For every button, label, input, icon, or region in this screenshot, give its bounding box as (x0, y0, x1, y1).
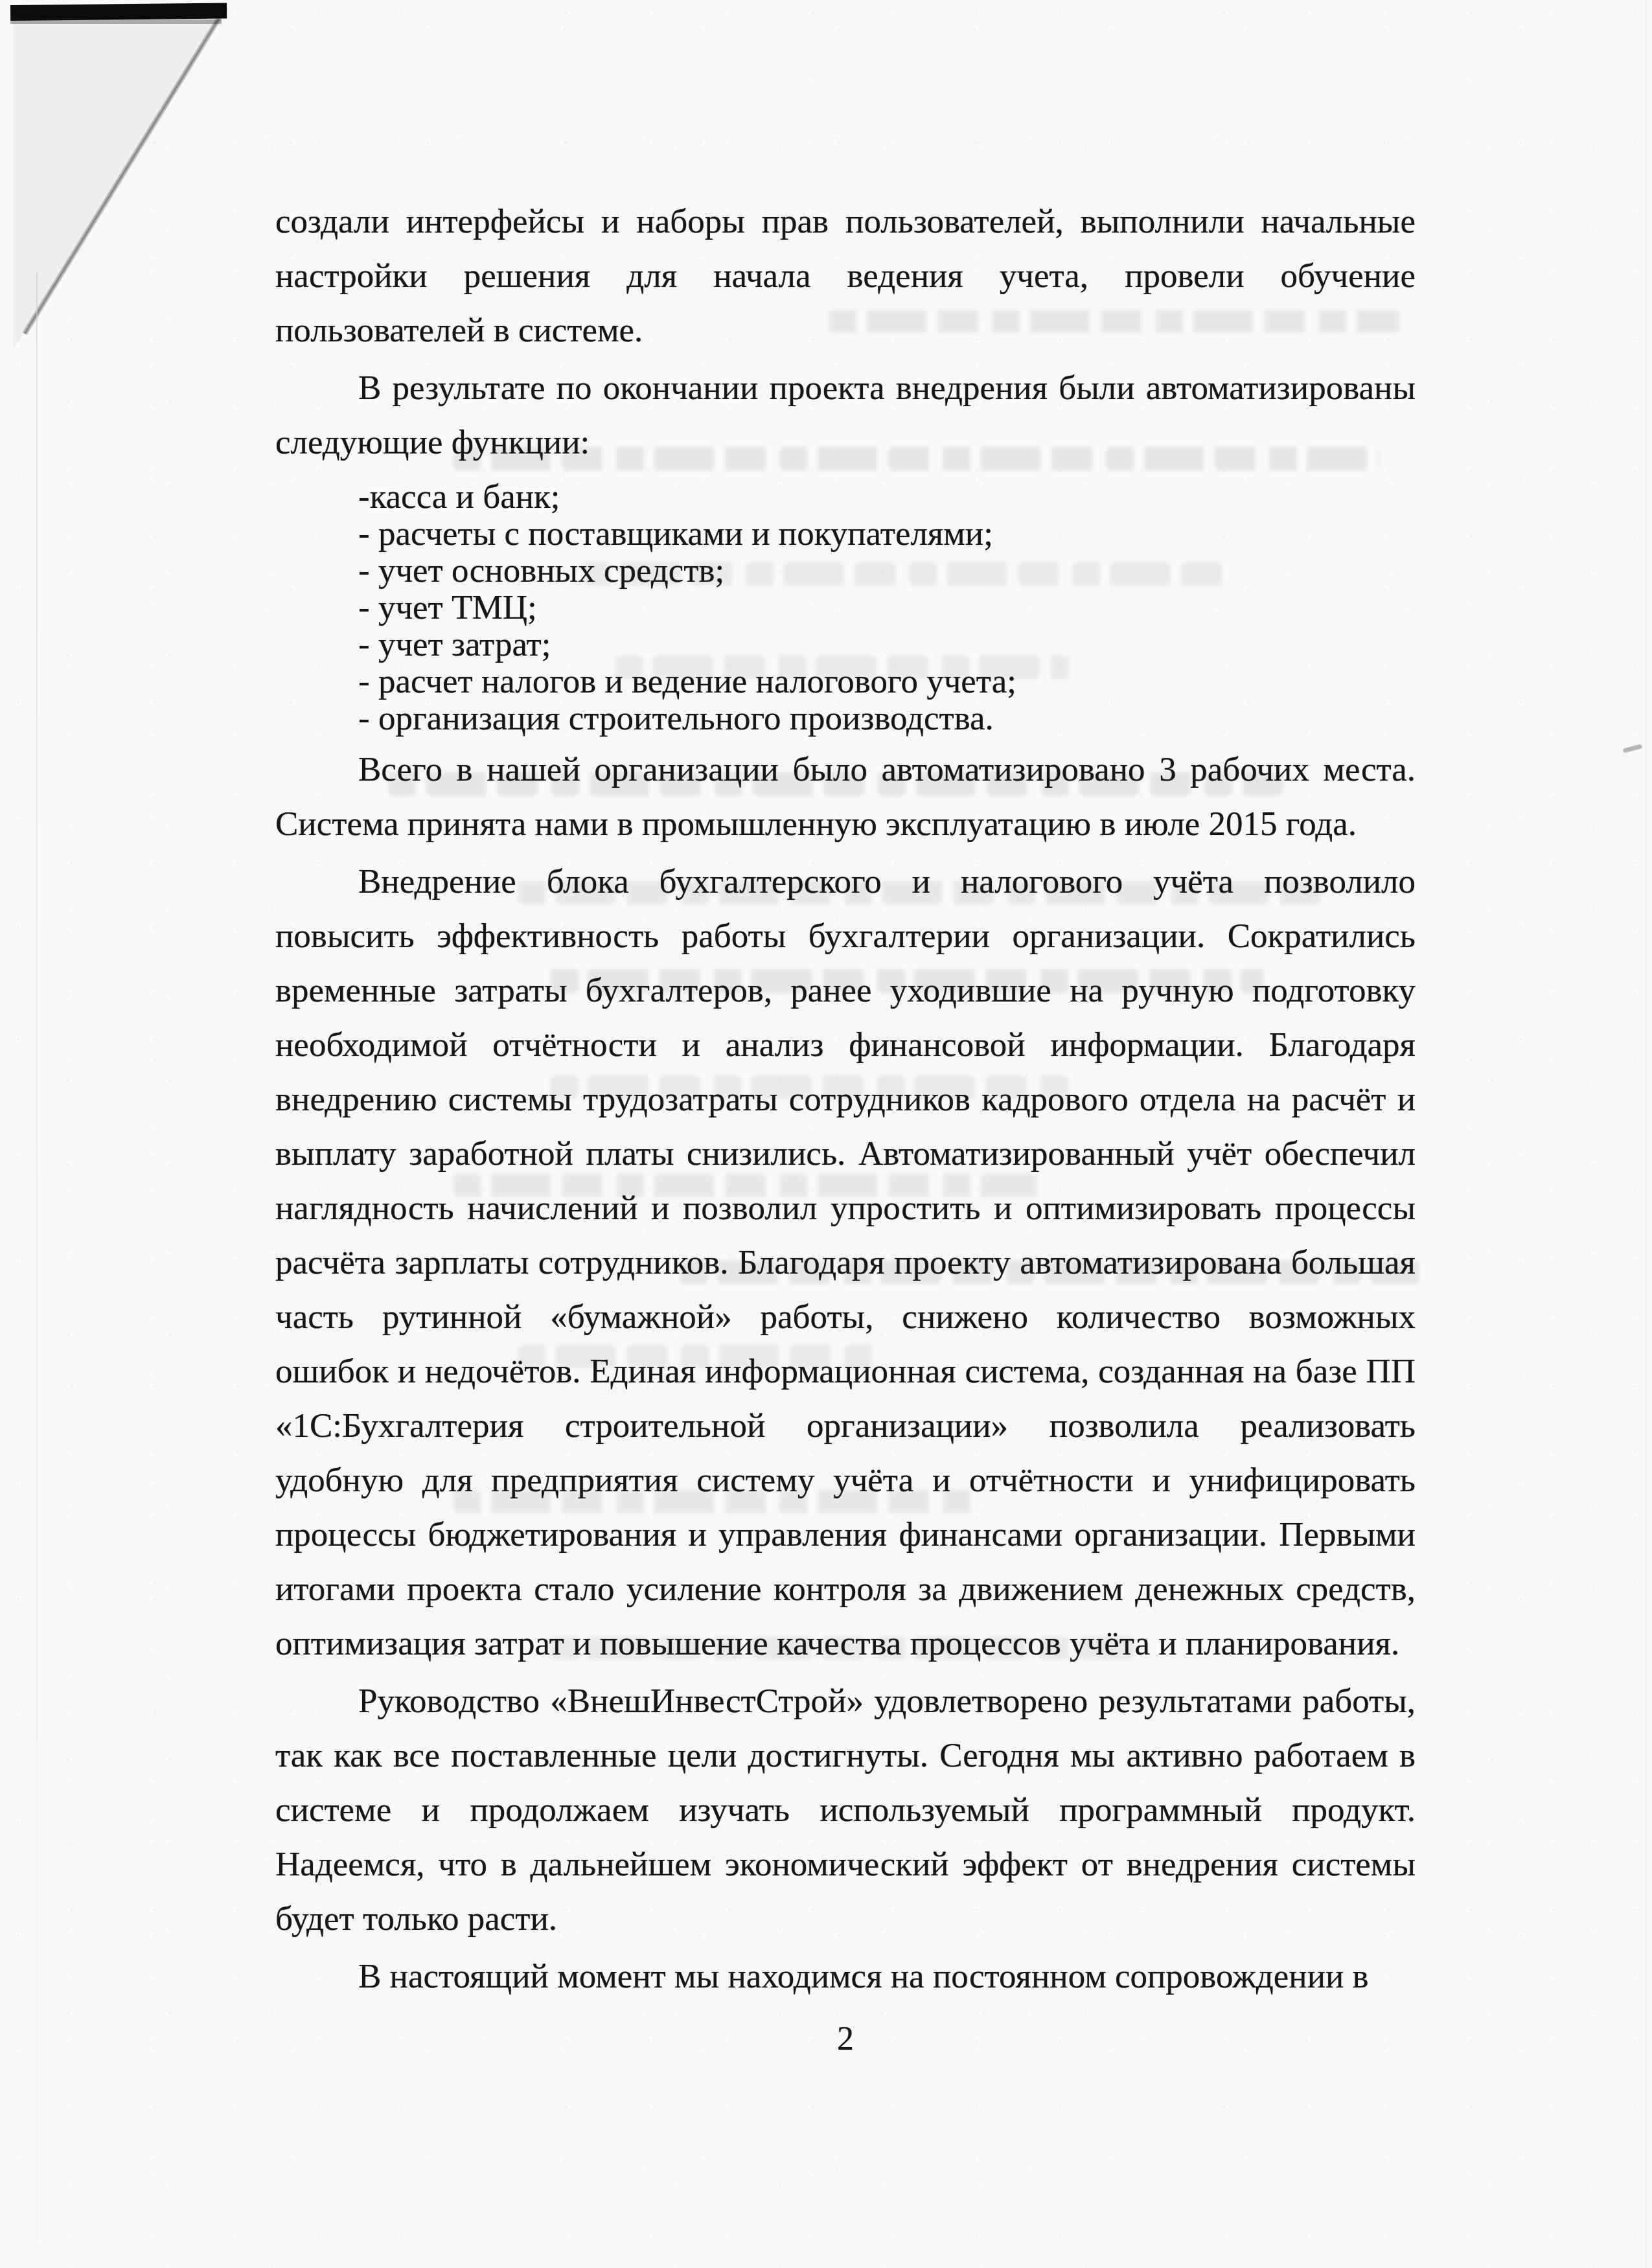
list-item: - расчет налогов и ведение налогового уч… (358, 663, 1416, 700)
paragraph-continuation: создали интерфейсы и наборы прав пользов… (275, 194, 1416, 358)
document-body: создали интерфейсы и наборы прав пользов… (275, 194, 1416, 2007)
list-item: - учет затрат; (358, 626, 1416, 663)
paragraph-management-satisfaction: Руководство «ВнешИнвестСтрой» удовлетвор… (275, 1674, 1416, 1946)
paragraph-implementation-effects: Внедрение блока бухгалтерского и налогов… (275, 854, 1416, 1671)
scanner-top-bar-shadow (10, 19, 222, 24)
list-item: - организация строительного производства… (358, 700, 1416, 737)
automated-functions-list: -касса и банк; - расчеты с поставщиками … (275, 479, 1416, 737)
left-edge-crease-artifact (36, 272, 38, 2241)
paragraph-workplaces: Всего в нашей организации было автоматиз… (275, 742, 1416, 851)
scan-speck-artifact (1623, 744, 1643, 753)
right-edge-scan-artifact (1646, 0, 1647, 2268)
list-item: - учет основных средств; (358, 553, 1416, 590)
list-item: - расчеты с поставщиками и покупателями; (358, 516, 1416, 553)
list-item: -касса и банк; (358, 479, 1416, 516)
page-corner-fold-artifact (0, 0, 279, 415)
paragraph-current-support: В настоящий момент мы находимся на посто… (275, 1949, 1416, 2004)
scanned-document-page: создали интерфейсы и наборы прав пользов… (0, 0, 1652, 2268)
paragraph-result-intro: В результате по окончании проекта внедре… (275, 361, 1416, 470)
list-item: - учет ТМЦ; (358, 590, 1416, 626)
scanner-top-bar-artifact (10, 3, 227, 21)
page-number: 2 (275, 2020, 1416, 2058)
